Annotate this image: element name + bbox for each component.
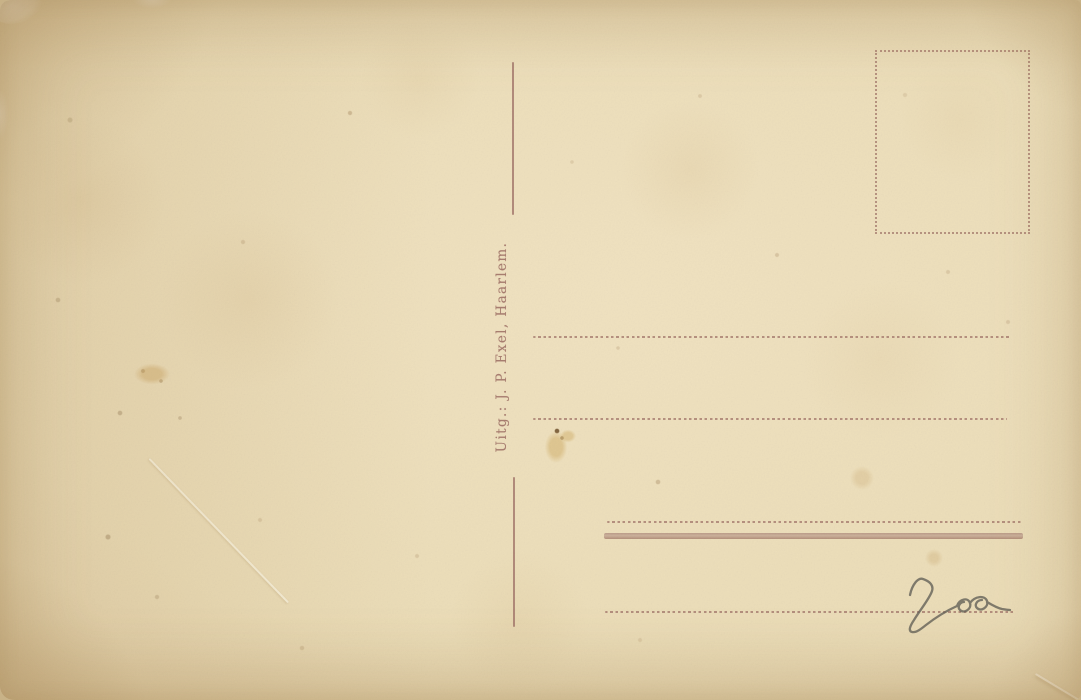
publisher-imprint: Uitg.: J. P. Exel, Haarlem. (488, 218, 516, 476)
crease-line-bottom-left (149, 458, 289, 603)
corner-crease-bottom-right (1035, 673, 1081, 700)
separator-thick-rule (604, 533, 1023, 539)
torn-corner-top-left (0, 0, 45, 29)
address-line-2 (533, 418, 1007, 420)
divider-rule-bottom (513, 477, 515, 627)
edge-notch-top (134, 0, 170, 8)
postcard-back: Uitg.: J. P. Exel, Haarlem. (0, 0, 1081, 700)
stamp-box (875, 50, 1030, 234)
address-line-1 (533, 336, 1011, 338)
handwritten-price-mark (896, 572, 1021, 634)
scanned-postcard-photo: Uitg.: J. P. Exel, Haarlem. (0, 0, 1081, 700)
edge-nick-left (0, 90, 8, 138)
divider-rule-top (512, 62, 514, 215)
separator-dotted-line (607, 521, 1021, 523)
